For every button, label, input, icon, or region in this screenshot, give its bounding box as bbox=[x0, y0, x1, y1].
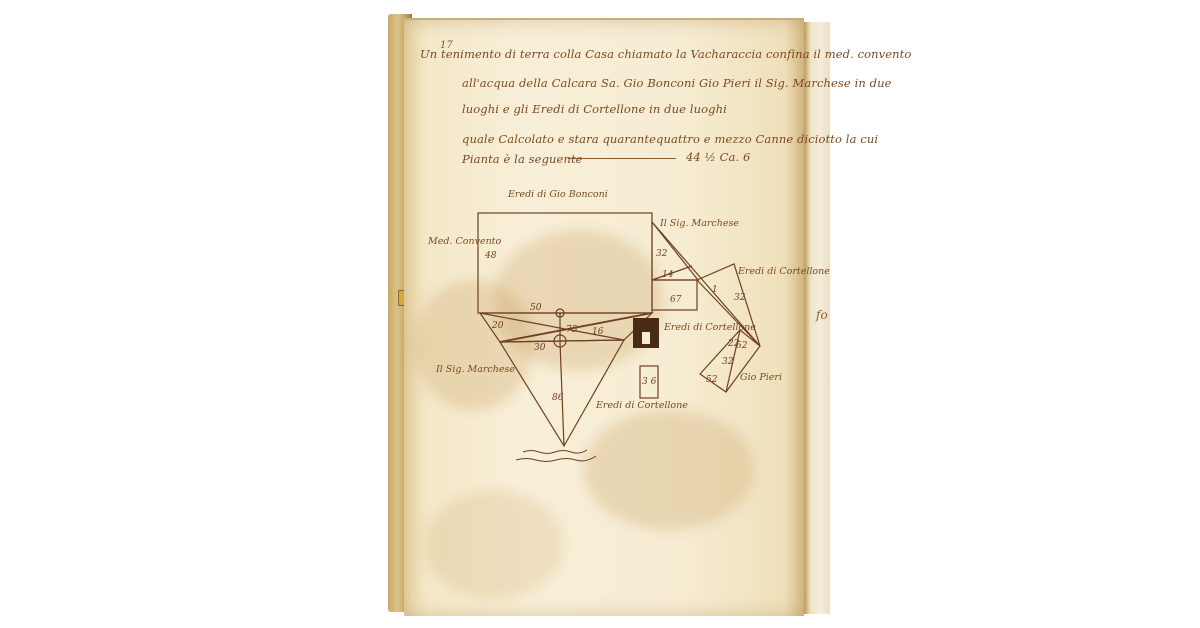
num-triangle-axis: 86 bbox=[552, 393, 564, 403]
num-tiny-rect: 3 6 bbox=[642, 377, 657, 387]
num-quad-c: 52 bbox=[706, 375, 718, 385]
num-mid-b: 32 bbox=[734, 293, 746, 303]
survey-plan-drawing: 48 50 20 75 16 30 86 32 14 67 1 32 52 32… bbox=[0, 0, 1200, 628]
ink-blot-hole bbox=[642, 332, 650, 344]
num-mid-a: 1 bbox=[712, 285, 718, 295]
num-tri-small: 14 bbox=[662, 270, 674, 280]
num-small-rect: 67 bbox=[670, 295, 682, 305]
num-tri-upper: 32 bbox=[656, 249, 668, 259]
num-rect-side: 48 bbox=[484, 251, 497, 261]
ink-blot bbox=[633, 318, 659, 348]
num-quad-d: 22 bbox=[727, 339, 740, 349]
num-quad-b: 32 bbox=[722, 357, 734, 367]
manuscript-viewer: fo 17 Un tenimento di terra colla Casa c… bbox=[0, 0, 1200, 628]
num-trap-bottom: 30 bbox=[534, 343, 546, 353]
num-trap-left: 20 bbox=[491, 321, 504, 331]
num-trap-center: 75 bbox=[566, 325, 578, 335]
num-trap-right: 16 bbox=[592, 327, 604, 337]
num-rect-bottom: 50 bbox=[530, 303, 542, 313]
